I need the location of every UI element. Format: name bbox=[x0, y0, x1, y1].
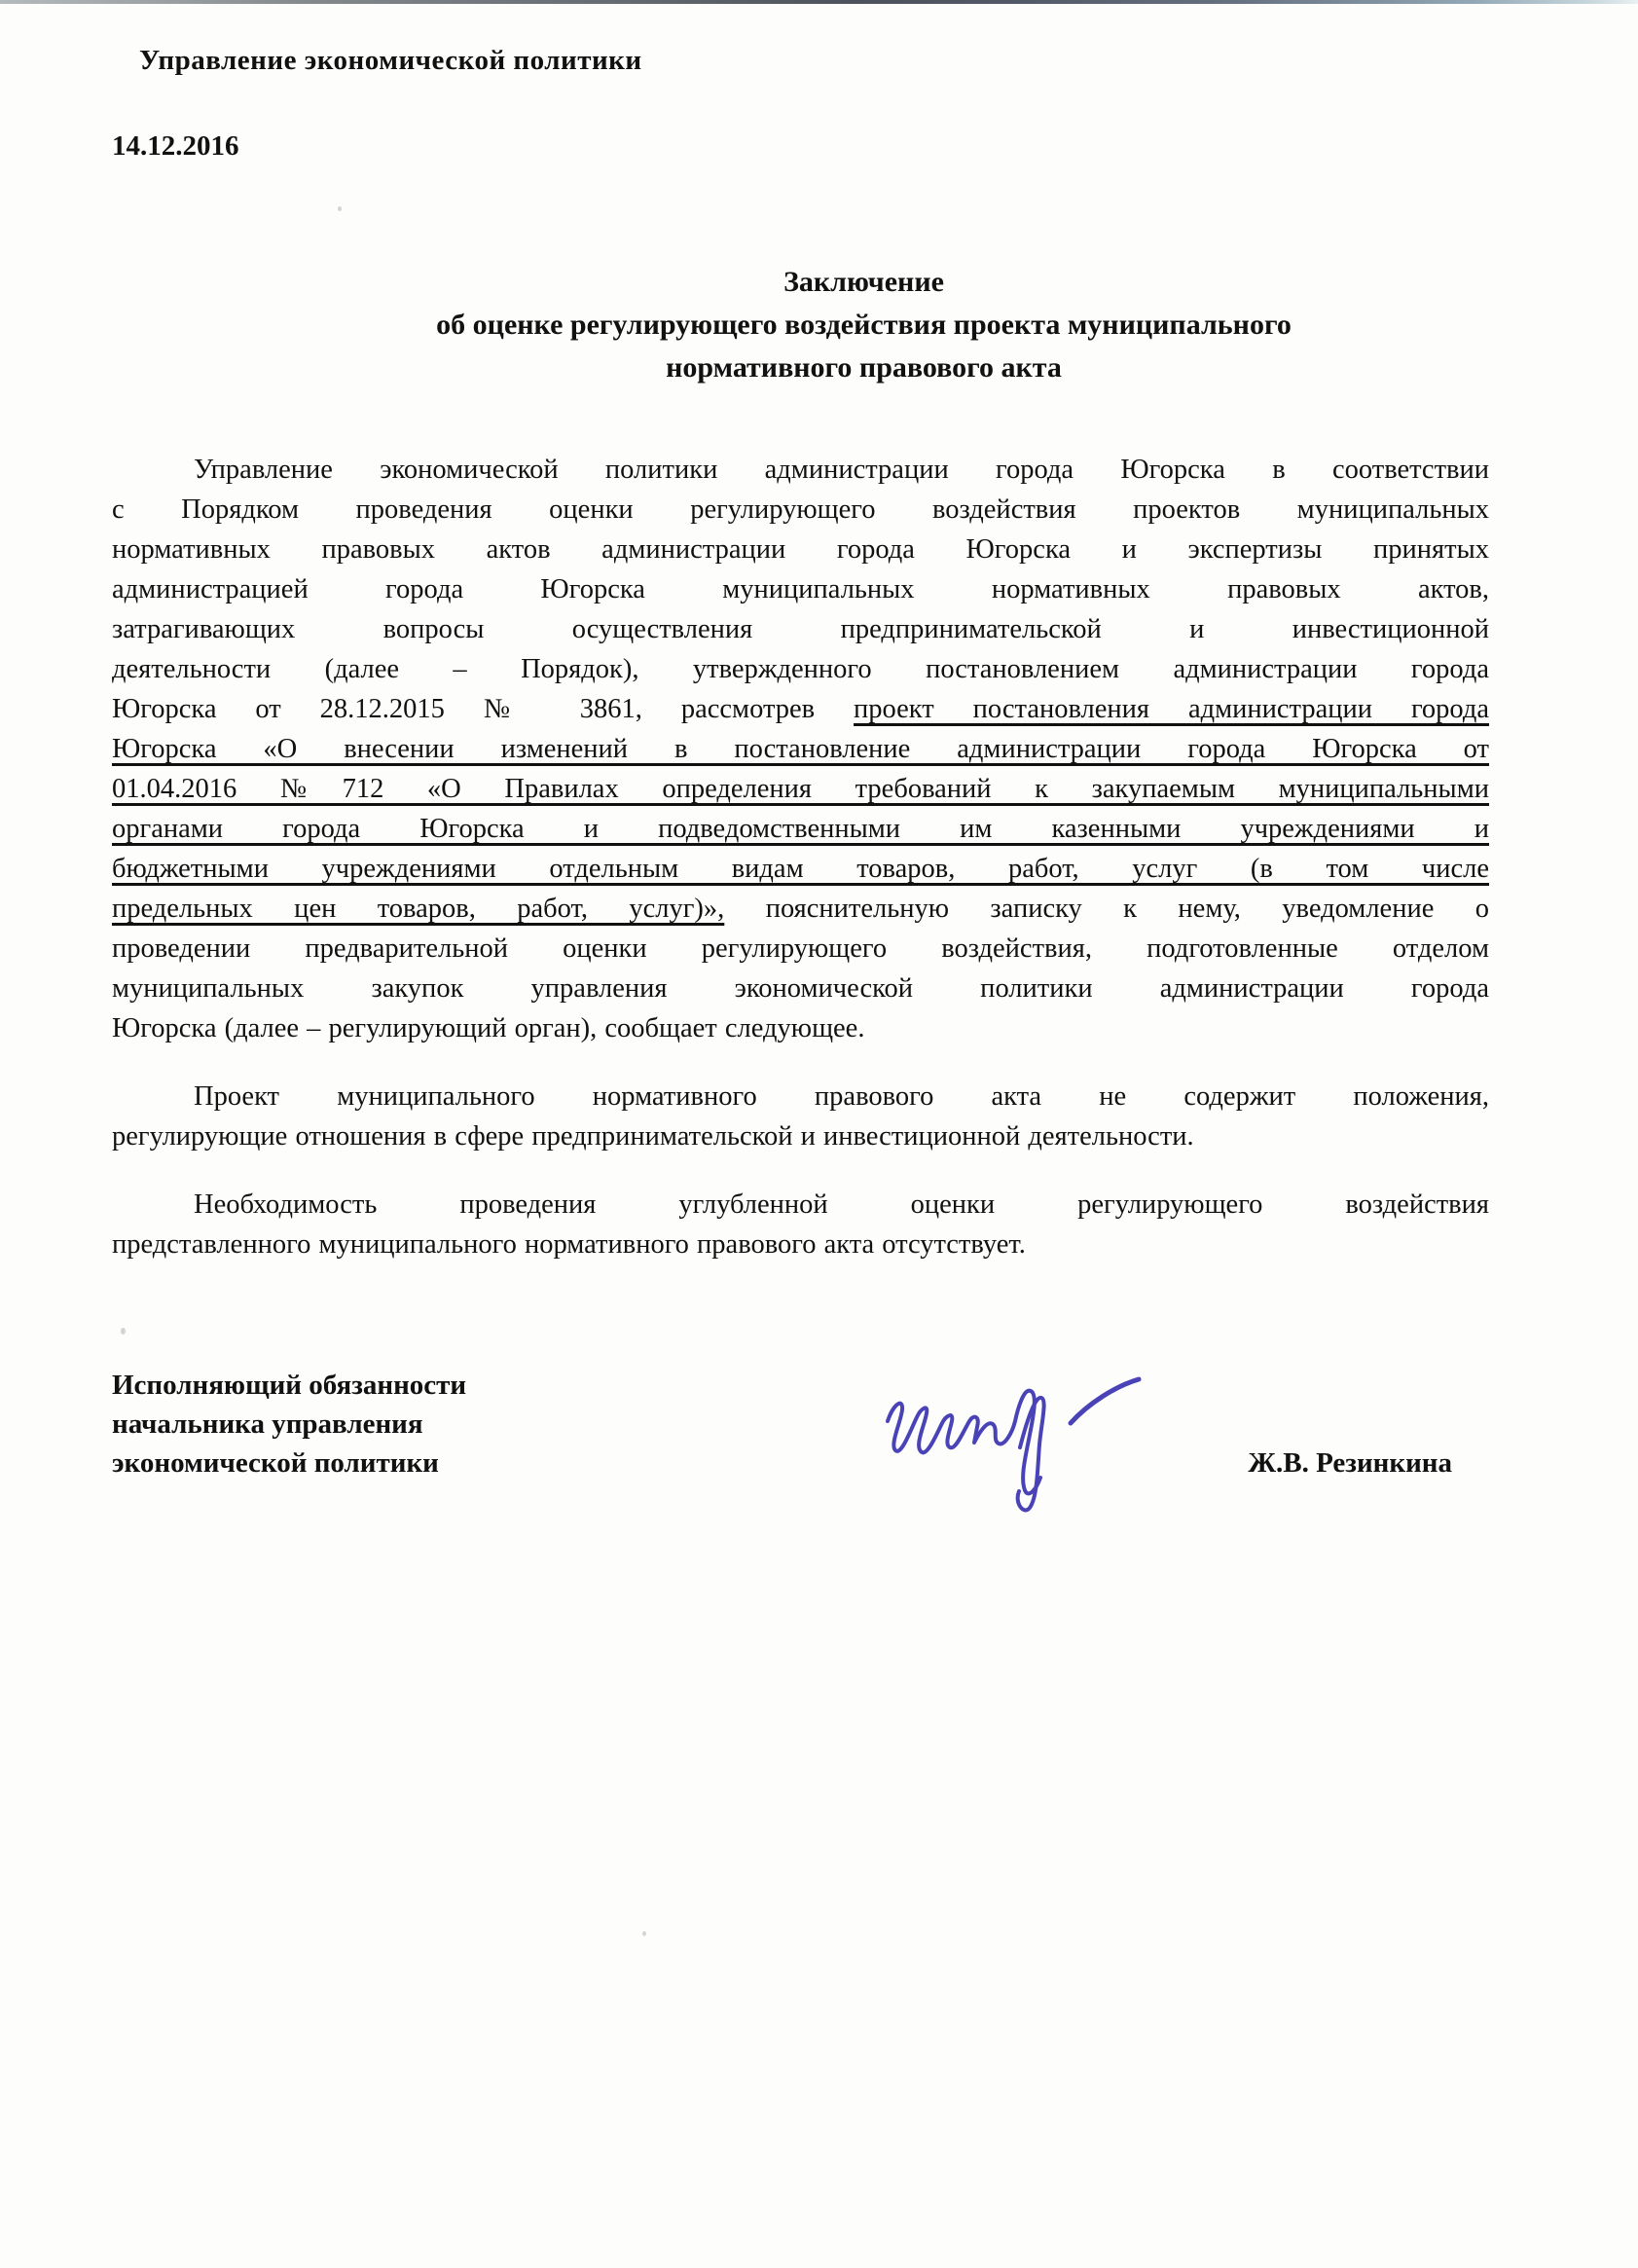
text-segment: нормативных правовых актов администрации… bbox=[112, 534, 1489, 565]
document-date: 14.12.2016 bbox=[112, 128, 1489, 164]
document-title: Заключение об оценке регулирующего возде… bbox=[175, 261, 1552, 389]
text-segment: Проект муниципального нормативного право… bbox=[194, 1081, 1489, 1112]
text-line: предельных цен товаров, работ, услуг)», … bbox=[112, 889, 1489, 929]
text-segment: с Порядком проведения оценки регулирующе… bbox=[112, 494, 1489, 525]
underlined-text: бюджетными учреждениями отдельным видам … bbox=[112, 854, 1489, 884]
paragraph: Проект муниципального нормативного право… bbox=[112, 1077, 1489, 1156]
paragraph: Управление экономической политики админи… bbox=[112, 450, 1489, 1048]
text-line: Проект муниципального нормативного право… bbox=[112, 1077, 1489, 1116]
text-line: деятельности (далее – Порядок), утвержде… bbox=[112, 649, 1489, 689]
text-line: бюджетными учреждениями отдельным видам … bbox=[112, 849, 1489, 889]
paragraph: Необходимость проведения углубленной оце… bbox=[112, 1185, 1489, 1264]
underlined-text: проект постановления администрации город… bbox=[854, 694, 1489, 724]
text-line: проведении предварительной оценки регули… bbox=[112, 929, 1489, 969]
text-segment: затрагивающих вопросы осуществления пред… bbox=[112, 614, 1489, 644]
text-segment: представленного муниципального нормативн… bbox=[112, 1229, 1026, 1260]
document-page: Управление экономической политики 14.12.… bbox=[0, 0, 1638, 2268]
text-line: Необходимость проведения углубленной оце… bbox=[112, 1185, 1489, 1225]
text-line: муниципальных закупок управления экономи… bbox=[112, 969, 1489, 1008]
underlined-text: органами города Югорска и подведомственн… bbox=[112, 814, 1489, 844]
title-line-2: об оценке регулирующего воздействия прое… bbox=[175, 304, 1552, 347]
text-line: 01.04.2016 №712 «О Правилах определения … bbox=[112, 769, 1489, 809]
scan-speck bbox=[642, 1931, 646, 1936]
text-segment: Югорска от 28.12.2015 № 3861, рассмотрев bbox=[112, 694, 854, 724]
text-line: регулирующие отношения в сфере предприни… bbox=[112, 1116, 1489, 1156]
text-segment: Югорска (далее – регулирующий орган), со… bbox=[112, 1013, 864, 1043]
text-line: органами города Югорска и подведомственн… bbox=[112, 809, 1489, 849]
text-segment: проведении предварительной оценки регули… bbox=[112, 933, 1489, 964]
text-segment: Необходимость проведения углубленной оце… bbox=[194, 1189, 1489, 1220]
text-segment: пояснительную записку к нему, уведомлени… bbox=[724, 894, 1489, 924]
text-line: Югорска (далее – регулирующий орган), со… bbox=[112, 1008, 1489, 1048]
underlined-text: предельных цен товаров, работ, услуг)», bbox=[112, 894, 724, 924]
scan-speck bbox=[121, 1328, 126, 1335]
text-segment: регулирующие отношения в сфере предприни… bbox=[112, 1121, 1194, 1152]
title-line-3: нормативного правового акта bbox=[175, 347, 1552, 389]
document-content: Управление экономической политики 14.12.… bbox=[0, 43, 1638, 1482]
text-line: затрагивающих вопросы осуществления пред… bbox=[112, 609, 1489, 649]
text-line: нормативных правовых актов администрации… bbox=[112, 530, 1489, 569]
handwritten-signature-icon bbox=[866, 1355, 1158, 1550]
text-line: с Порядком проведения оценки регулирующе… bbox=[112, 490, 1489, 530]
scan-artifact-top-edge bbox=[0, 0, 1638, 4]
signatory-position-line: начальника управления bbox=[112, 1405, 466, 1444]
text-line: Югорска от 28.12.2015 № 3861, рассмотрев… bbox=[112, 689, 1489, 729]
signatory-position: Исполняющий обязанностиначальника управл… bbox=[112, 1366, 466, 1482]
text-segment: Управление экономической политики админи… bbox=[194, 455, 1489, 485]
title-line-1: Заключение bbox=[175, 261, 1552, 304]
text-segment: деятельности (далее – Порядок), утвержде… bbox=[112, 654, 1489, 684]
scan-speck bbox=[338, 206, 342, 211]
text-line: Управление экономической политики админи… bbox=[112, 450, 1489, 490]
document-body: Управление экономической политики админи… bbox=[112, 450, 1489, 1264]
text-segment: муниципальных закупок управления экономи… bbox=[112, 973, 1489, 1004]
signatory-position-line: Исполняющий обязанности bbox=[112, 1366, 466, 1405]
underlined-text: Югорска «О внесении изменений в постанов… bbox=[112, 734, 1489, 764]
underlined-text: 01.04.2016 №712 «О Правилах определения … bbox=[112, 774, 1489, 804]
text-line: Югорска «О внесении изменений в постанов… bbox=[112, 729, 1489, 769]
text-segment: администрацией города Югорска муниципаль… bbox=[112, 574, 1489, 604]
text-line: представленного муниципального нормативн… bbox=[112, 1225, 1489, 1264]
text-line: администрацией города Югорска муниципаль… bbox=[112, 569, 1489, 609]
signature-block: Исполняющий обязанностиначальника управл… bbox=[112, 1366, 1489, 1482]
signatory-position-line: экономической политики bbox=[112, 1444, 466, 1482]
signatory-name: Ж.В. Резинкина bbox=[1248, 1444, 1489, 1482]
department-header: Управление экономической политики bbox=[139, 43, 1489, 78]
